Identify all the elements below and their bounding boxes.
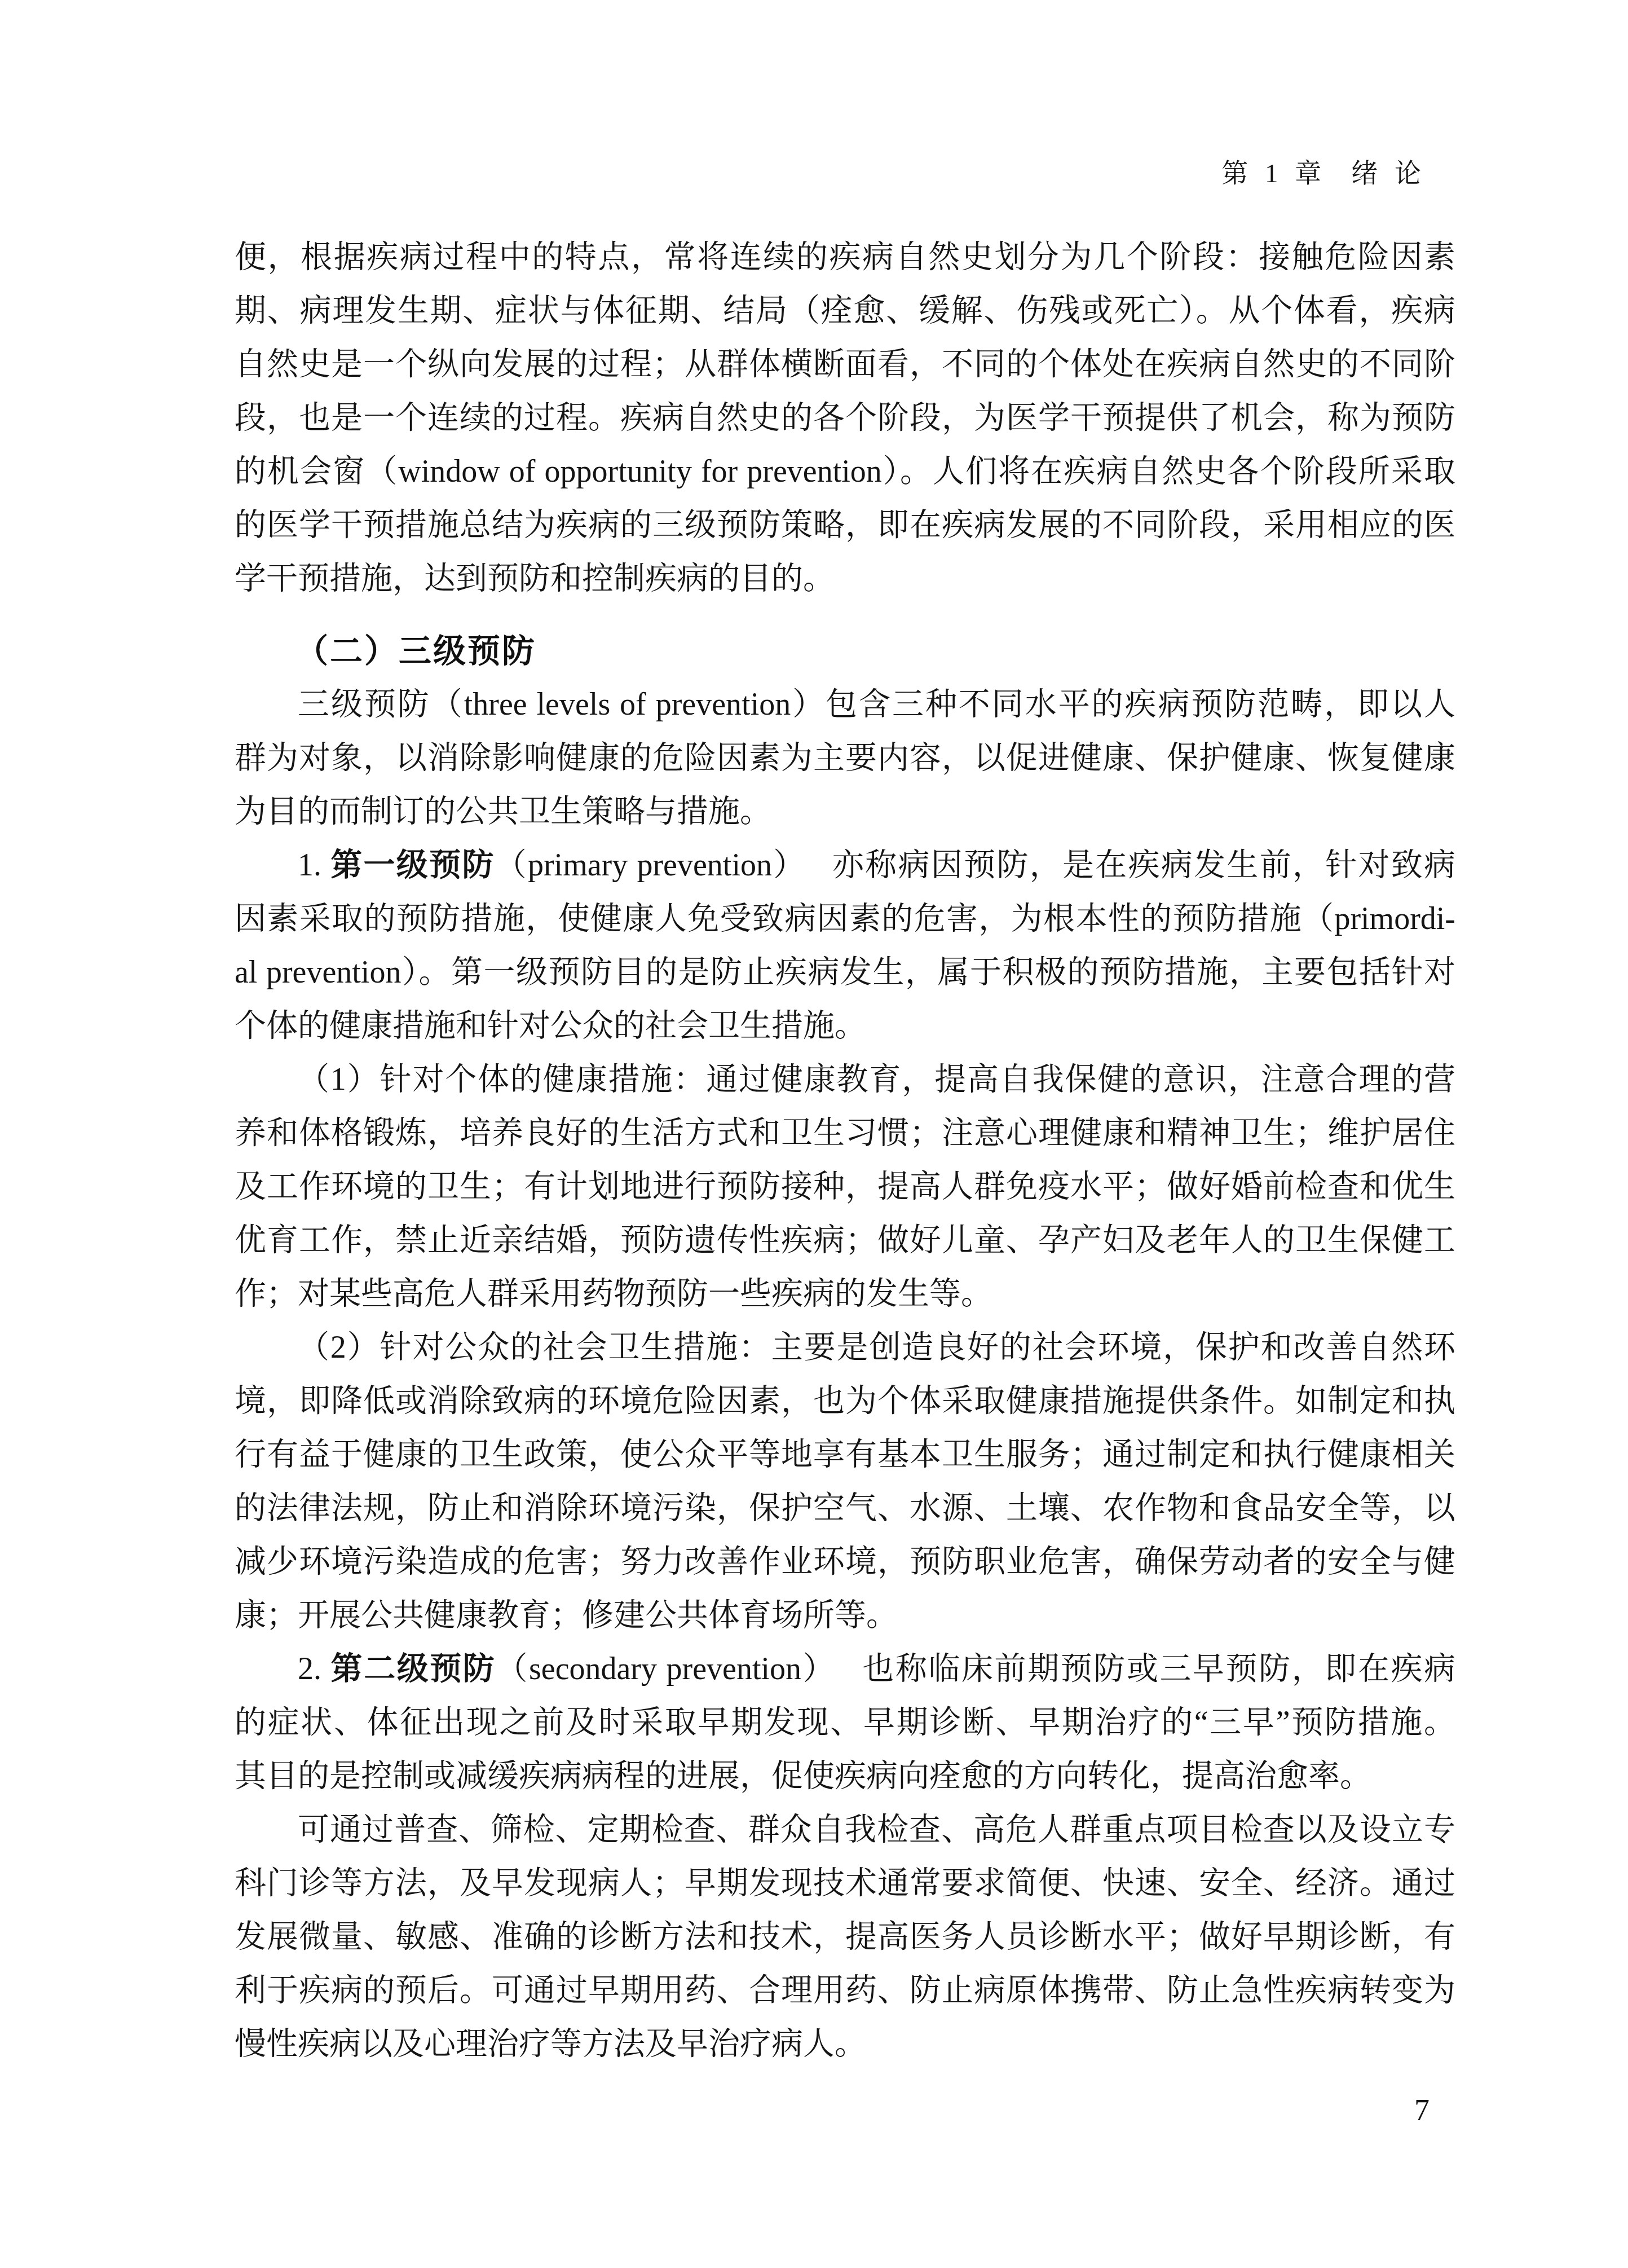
text-segment: （secondary prevention） 也称临床前期预防或三早预防，即在疾… — [496, 1652, 1455, 1686]
text-line: 发展微量、敏感、准确的诊断方法和技术，提高医务人员诊断水平；做好早期诊断，有 — [235, 1910, 1455, 1964]
text-line: 养和体格锻炼，培养良好的生活方式和卫生习惯；注意心理健康和精神卫生；维护居住 — [235, 1107, 1455, 1160]
text-line: 期、病理发生期、症状与体征期、结局（痊愈、缓解、伤残或死亡）。从个体看，疾病 — [235, 284, 1455, 338]
text-line: 1. 第一级预防（primary prevention） 亦称病因预防，是在疾病… — [235, 839, 1455, 892]
text-segment: （primary prevention） 亦称病因预防，是在疾病发生前，针对致病 — [495, 848, 1455, 883]
text-line: 慢性疾病以及心理治疗等方法及早治疗病人。 — [235, 2018, 1455, 2071]
book-page: 第 1 章绪 论 便，根据疾病过程中的特点，常将连续的疾病自然史划分为几个阶段：… — [0, 0, 1628, 2268]
text-line: 个体的健康措施和针对公众的社会卫生措施。 — [235, 999, 1455, 1053]
text-line: 减少环境污染造成的危害；努力改善作业环境，预防职业危害，确保劳动者的安全与健 — [235, 1535, 1455, 1589]
paragraph: 2. 第二级预防（secondary prevention） 也称临床前期预防或… — [235, 1642, 1455, 1803]
text-line: 的机会窗（window of opportunity for preventio… — [235, 445, 1455, 499]
text-line: 便，根据疾病过程中的特点，常将连续的疾病自然史划分为几个阶段：接触危险因素 — [235, 231, 1455, 284]
section-heading: （二）三级预防 — [235, 624, 1455, 678]
text-line: 利于疾病的预后。可通过早期用药、合理用药、防止病原体携带、防止急性疾病转变为 — [235, 1964, 1455, 2018]
text-line: 康；开展公共健康教育；修建公共体育场所等。 — [235, 1589, 1455, 1642]
text-line: 三级预防（three levels of prevention）包含三种不同水平… — [235, 678, 1455, 732]
text-line: 2. 第二级预防（secondary prevention） 也称临床前期预防或… — [235, 1642, 1455, 1696]
document-body: 便，根据疾病过程中的特点，常将连续的疾病自然史划分为几个阶段：接触危险因素期、病… — [235, 231, 1455, 2071]
paragraph: 便，根据疾病过程中的特点，常将连续的疾病自然史划分为几个阶段：接触危险因素期、病… — [235, 231, 1455, 606]
text-line: 优育工作，禁止近亲结婚，预防遗传性疾病；做好儿童、孕产妇及老年人的卫生保健工 — [235, 1214, 1455, 1267]
paragraph: （1）针对个体的健康措施：通过健康教育，提高自我保健的意识，注意合理的营养和体格… — [235, 1053, 1455, 1321]
text-line: 科门诊等方法，及早发现病人；早期发现技术通常要求简便、快速、安全、经济。通过 — [235, 1857, 1455, 1910]
text-line: 的医学干预措施总结为疾病的三级预防策略，即在疾病发展的不同阶段，采用相应的医 — [235, 499, 1455, 552]
text-line: 学干预措施，达到预防和控制疾病的目的。 — [235, 552, 1455, 606]
text-line: 段，也是一个连续的过程。疾病自然史的各个阶段，为医学干预提供了机会，称为预防 — [235, 391, 1455, 445]
text-line: （2）针对公众的社会卫生措施：主要是创造良好的社会环境，保护和改善自然环 — [235, 1321, 1455, 1375]
paragraph: （2）针对公众的社会卫生措施：主要是创造良好的社会环境，保护和改善自然环境，即降… — [235, 1321, 1455, 1642]
paragraph: 可通过普查、筛检、定期检查、群众自我检查、高危人群重点项目检查以及设立专科门诊等… — [235, 1803, 1455, 2071]
text-line: 作；对某些高危人群采用药物预防一些疾病的发生等。 — [235, 1267, 1455, 1321]
text-segment: 1. — [298, 848, 330, 883]
text-line: 的症状、体征出现之前及时采取早期发现、早期诊断、早期治疗的“三早”预防措施。 — [235, 1696, 1455, 1750]
text-line: 境，即降低或消除致病的环境危险因素，也为个体采取健康措施提供条件。如制定和执 — [235, 1375, 1455, 1428]
text-line: 因素采取的预防措施，使健康人免受致病因素的危害，为根本性的预防措施（primor… — [235, 892, 1455, 946]
text-line: 及工作环境的卫生；有计划地进行预防接种，提高人群免疫水平；做好婚前检查和优生 — [235, 1160, 1455, 1214]
text-line: 行有益于健康的卫生政策，使公众平等地享有基本卫生服务；通过制定和执行健康相关 — [235, 1428, 1455, 1482]
paragraph: 三级预防（three levels of prevention）包含三种不同水平… — [235, 678, 1455, 839]
text-line: 自然史是一个纵向发展的过程；从群体横断面看，不同的个体处在疾病自然史的不同阶 — [235, 338, 1455, 391]
chapter-label: 第 1 章 — [1221, 159, 1326, 188]
text-line: 的法律法规，防止和消除环境污染，保护空气、水源、土壤、农作物和食品安全等，以 — [235, 1482, 1455, 1535]
chapter-title: 绪 论 — [1351, 159, 1426, 188]
text-line: 群为对象，以消除影响健康的危险因素为主要内容，以促进健康、保护健康、恢复健康 — [235, 732, 1455, 785]
text-line: 可通过普查、筛检、定期检查、群众自我检查、高危人群重点项目检查以及设立专 — [235, 1803, 1455, 1857]
page-number: 7 — [1414, 2094, 1430, 2126]
key-term: 第一级预防 — [330, 848, 495, 883]
text-line: 其目的是控制或减缓疾病病程的进展，促使疾病向痊愈的方向转化，提高治愈率。 — [235, 1750, 1455, 1803]
paragraph: 1. 第一级预防（primary prevention） 亦称病因预防，是在疾病… — [235, 839, 1455, 1053]
text-segment: 2. — [298, 1652, 331, 1686]
text-line: 为目的而制订的公共卫生策略与措施。 — [235, 785, 1455, 839]
running-head: 第 1 章绪 论 — [1221, 160, 1426, 188]
text-line: （1）针对个体的健康措施：通过健康教育，提高自我保健的意识，注意合理的营 — [235, 1053, 1455, 1107]
key-term: 第二级预防 — [331, 1652, 496, 1686]
text-line: al prevention）。第一级预防目的是防止疾病发生，属于积极的预防措施，… — [235, 946, 1455, 999]
